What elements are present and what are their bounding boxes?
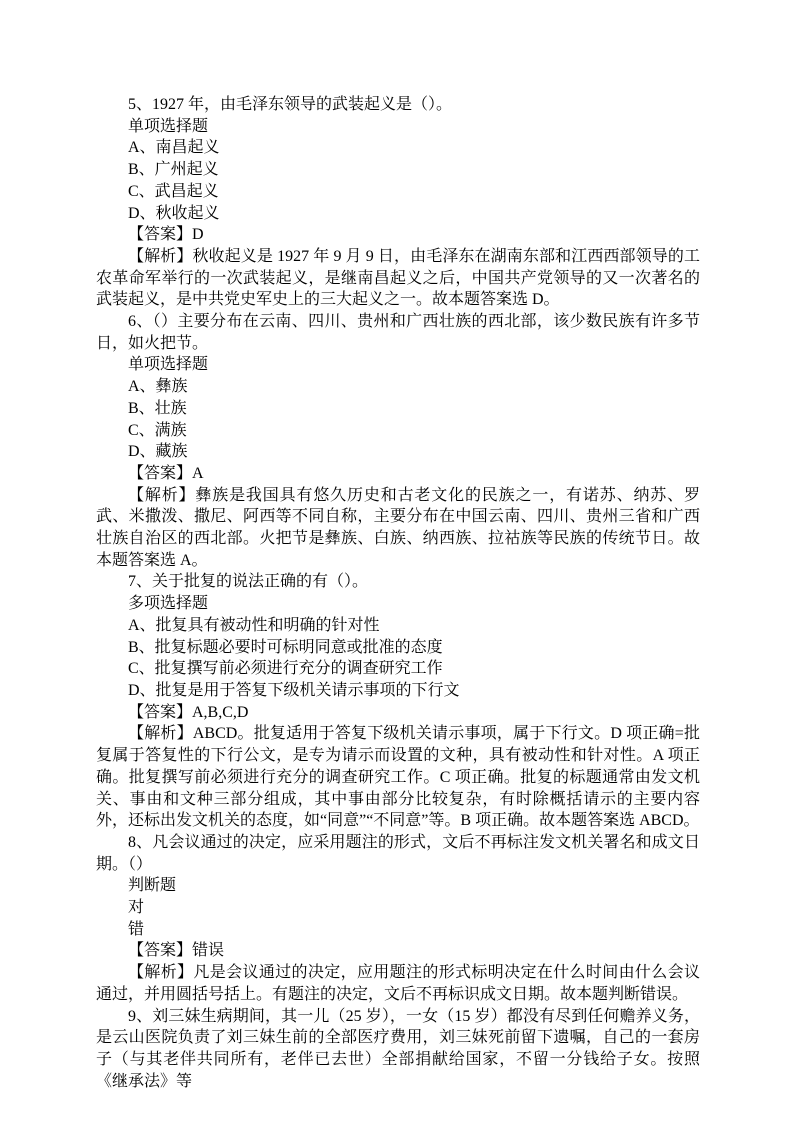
- question-7-option-d: D、批复是用于答复下级机关请示事项的下行文: [96, 680, 700, 702]
- question-5-option-a: A、南昌起义: [96, 137, 700, 159]
- question-5-option-c: C、武昌起义: [96, 181, 700, 203]
- question-8-analysis: 【解析】凡是会议通过的决定，应用题注的形式标明决定在什么时间由什么会议通过，并用…: [96, 962, 700, 1005]
- question-6-type-label: 单项选择题: [96, 354, 700, 376]
- question-6-option-a: A、彝族: [96, 376, 700, 398]
- question-6-stem: 6、（）主要分布在云南、四川、贵州和广西壮族的西北部，该少数民族有许多节日，如火…: [96, 311, 700, 354]
- question-7-stem: 7、关于批复的说法正确的有（）。: [96, 571, 700, 593]
- question-8-type-label: 判断题: [96, 875, 700, 897]
- question-block-8: 8、凡会议通过的决定，应采用题注的形式，文后不再标注发文机关署名和成文日期。（）…: [96, 832, 700, 1006]
- question-block-9: 9、刘三妹生病期间，其一儿（25 岁），一女（15 岁）都没有尽到任何赡养义务，…: [96, 1006, 700, 1093]
- question-6-option-d: D、藏族: [96, 441, 700, 463]
- question-8-option-true: 对: [96, 897, 700, 919]
- question-5-type-label: 单项选择题: [96, 116, 700, 138]
- question-5-option-d: D、秋收起义: [96, 203, 700, 225]
- question-5-option-b: B、广州起义: [96, 159, 700, 181]
- question-7-option-a: A、批复具有被动性和明确的针对性: [96, 615, 700, 637]
- question-7-analysis: 【解析】ABCD。批复适用于答复下级机关请示事项，属于下行文。D 项正确=批复属…: [96, 723, 700, 832]
- question-6-option-c: C、满族: [96, 420, 700, 442]
- question-7-option-b: B、批复标题必要时可标明同意或批准的态度: [96, 637, 700, 659]
- question-8-stem: 8、凡会议通过的决定，应采用题注的形式，文后不再标注发文机关署名和成文日期。（）: [96, 832, 700, 875]
- question-5-answer: 【答案】D: [96, 224, 700, 246]
- question-7-type-label: 多项选择题: [96, 593, 700, 615]
- question-6-option-b: B、壮族: [96, 398, 700, 420]
- question-7-answer: 【答案】A,B,C,D: [96, 702, 700, 724]
- question-block-5: 5、1927 年，由毛泽东领导的武装起义是（）。 单项选择题 A、南昌起义 B、…: [96, 94, 700, 311]
- document-content: 5、1927 年，由毛泽东领导的武装起义是（）。 单项选择题 A、南昌起义 B、…: [96, 94, 700, 1092]
- question-6-answer: 【答案】A: [96, 463, 700, 485]
- question-7-option-c: C、批复撰写前必须进行充分的调查研究工作: [96, 658, 700, 680]
- question-6-analysis: 【解析】彝族是我国具有悠久历史和古老文化的民族之一，有诺苏、纳苏、罗武、米撒泼、…: [96, 485, 700, 572]
- question-8-option-false: 错: [96, 919, 700, 941]
- question-9-stem: 9、刘三妹生病期间，其一儿（25 岁），一女（15 岁）都没有尽到任何赡养义务，…: [96, 1006, 700, 1093]
- question-5-stem: 5、1927 年，由毛泽东领导的武装起义是（）。: [96, 94, 700, 116]
- question-8-answer: 【答案】错误: [96, 940, 700, 962]
- question-block-7: 7、关于批复的说法正确的有（）。 多项选择题 A、批复具有被动性和明确的针对性 …: [96, 571, 700, 831]
- question-block-6: 6、（）主要分布在云南、四川、贵州和广西壮族的西北部，该少数民族有许多节日，如火…: [96, 311, 700, 571]
- document-page: 5、1927 年，由毛泽东领导的武装起义是（）。 单项选择题 A、南昌起义 B、…: [0, 0, 794, 1123]
- question-5-analysis: 【解析】秋收起义是 1927 年 9 月 9 日，由毛泽东在湖南东部和江西西部领…: [96, 246, 700, 311]
